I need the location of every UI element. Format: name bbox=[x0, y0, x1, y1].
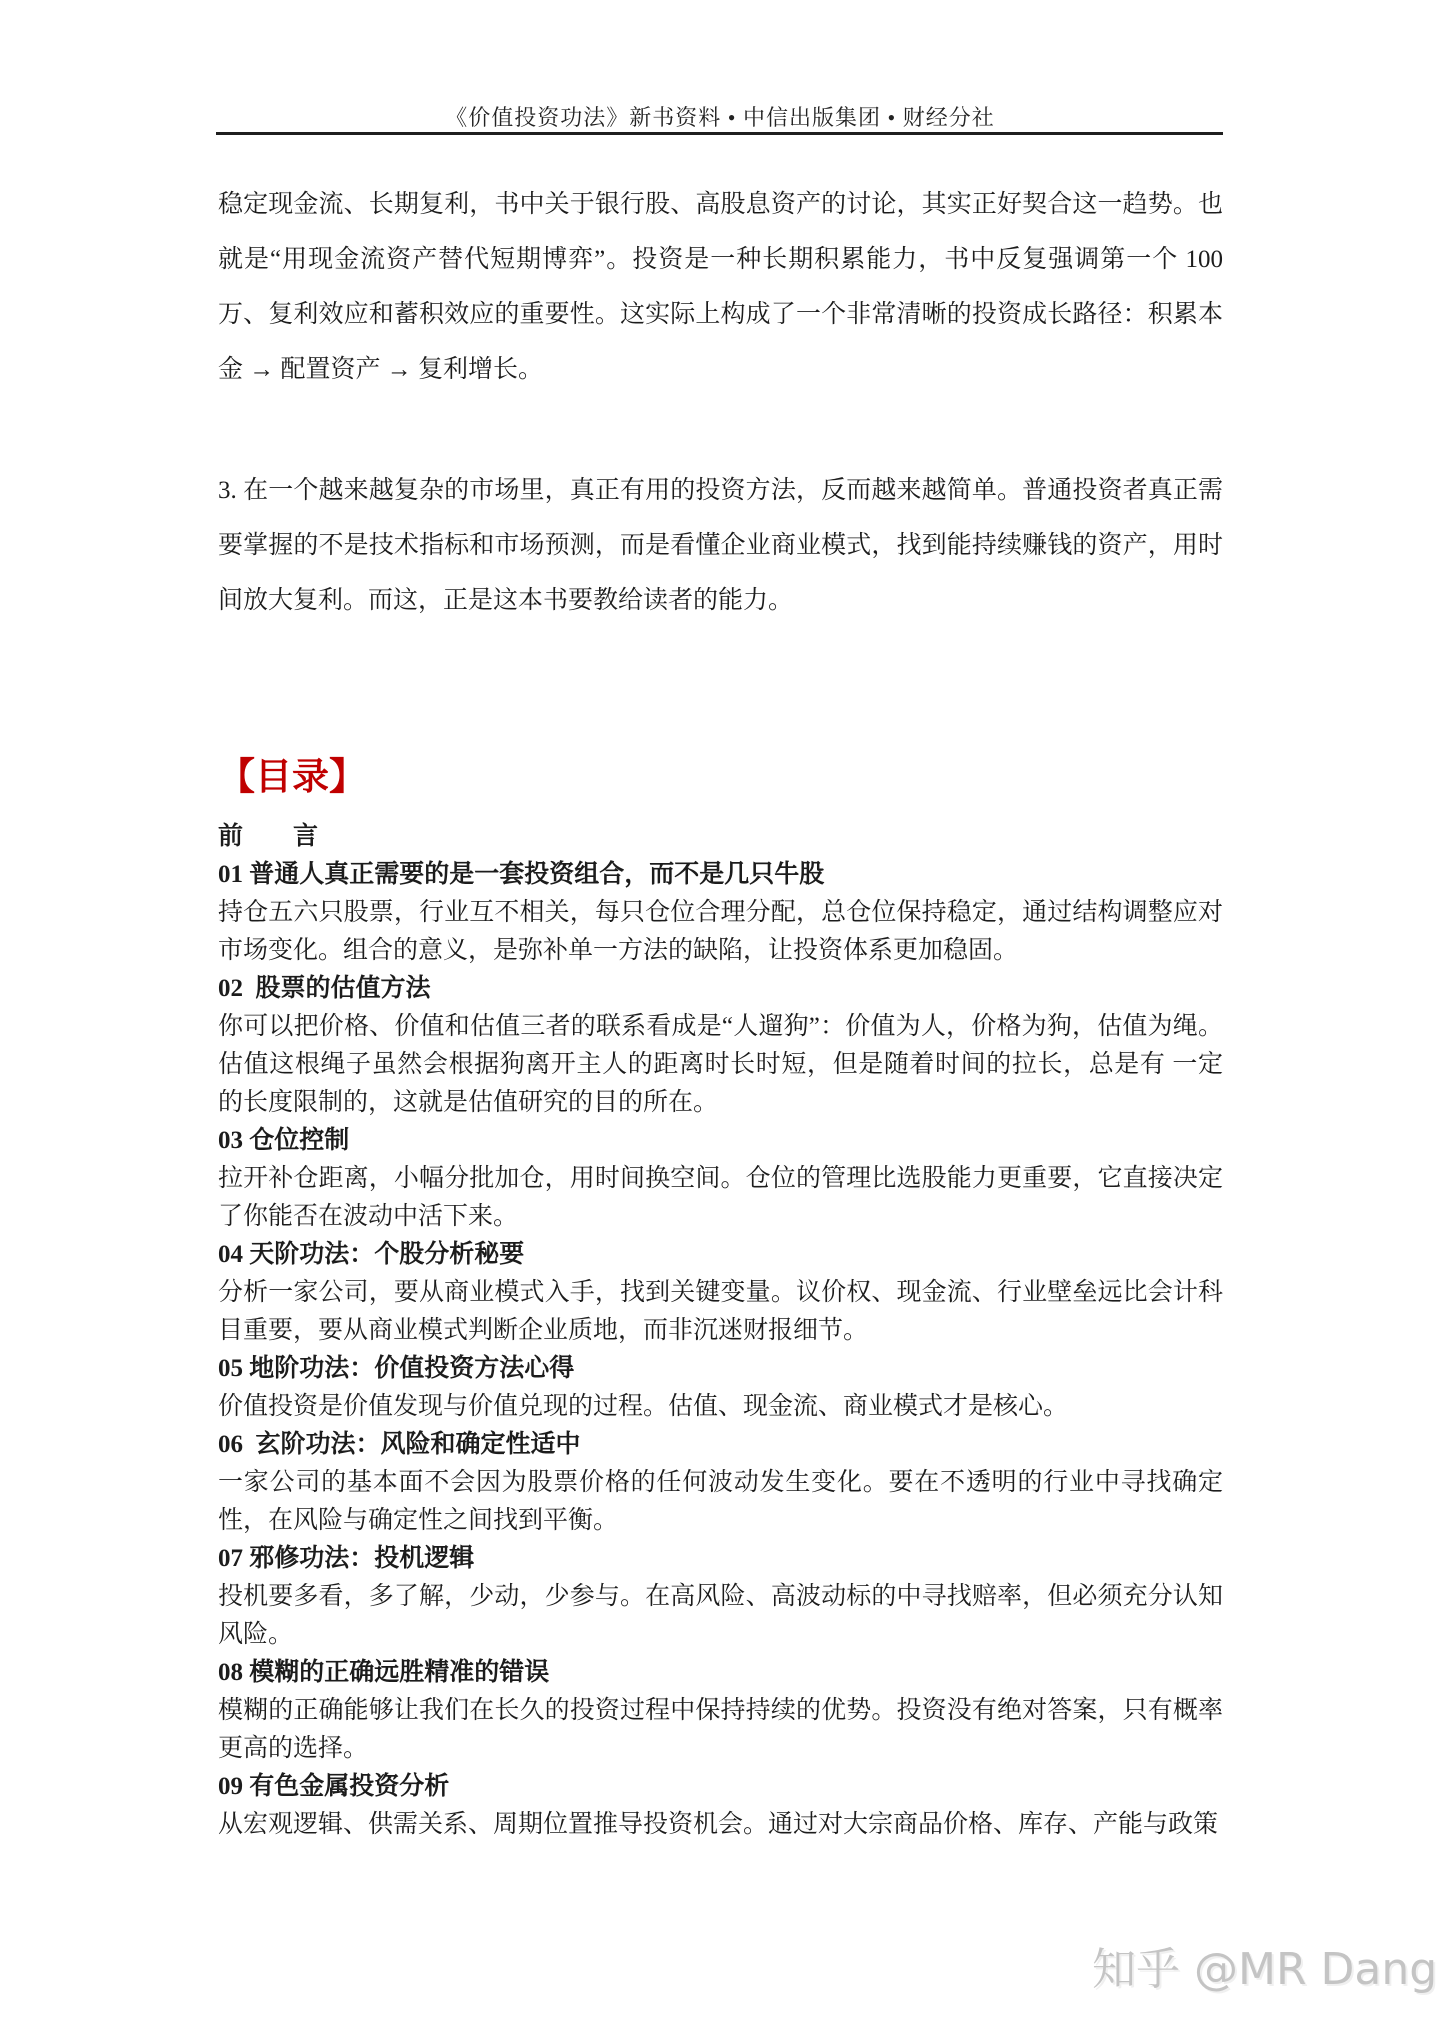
toc-entry-title: 06 玄阶功法：风险和确定性适中 bbox=[218, 1426, 1223, 1464]
toc-entry-title: 04 天阶功法：个股分析秘要 bbox=[218, 1236, 1223, 1274]
toc-entry-06: 06 玄阶功法：风险和确定性适中 一家公司的基本面不会因为股票价格的任何波动发生… bbox=[218, 1426, 1223, 1540]
toc-entry-07: 07 邪修功法：投机逻辑 投机要多看，多了解，少动，少参与。在高风险、高波动标的… bbox=[218, 1540, 1223, 1654]
page-header-title: 《价值投资功法》新书资料 • 中信出版集团 • 财经分社 bbox=[0, 101, 1440, 132]
toc-entry-desc: 你可以把价格、价值和估值三者的联系看成是“人遛狗”：价值为人，价格为狗，估值为绳… bbox=[218, 1008, 1223, 1122]
toc-entry-desc: 价值投资是价值发现与价值兑现的过程。估值、现金流、商业模式才是核心。 bbox=[218, 1388, 1223, 1426]
toc-entry-desc: 拉开补仓距离，小幅分批加仓，用时间换空间。仓位的管理比选股能力更重要，它直接决定… bbox=[218, 1160, 1223, 1236]
document-page: 《价值投资功法》新书资料 • 中信出版集团 • 财经分社 稳定现金流、长期复利，… bbox=[0, 0, 1440, 2037]
toc-entry-title: 01 普通人真正需要的是一套投资组合，而不是几只牛股 bbox=[218, 856, 1223, 894]
toc-entry-title: 09 有色金属投资分析 bbox=[218, 1768, 1223, 1806]
toc-entry-01: 01 普通人真正需要的是一套投资组合，而不是几只牛股 持仓五六只股票，行业互不相… bbox=[218, 856, 1223, 970]
toc-entry-title: 05 地阶功法：价值投资方法心得 bbox=[218, 1350, 1223, 1388]
toc-entry-04: 04 天阶功法：个股分析秘要 分析一家公司，要从商业模式入手，找到关键变量。议价… bbox=[218, 1236, 1223, 1350]
toc-entry-05: 05 地阶功法：价值投资方法心得 价值投资是价值发现与价值兑现的过程。估值、现金… bbox=[218, 1350, 1223, 1426]
toc-entry-title: 07 邪修功法：投机逻辑 bbox=[218, 1540, 1223, 1578]
toc-entry-desc: 一家公司的基本面不会因为股票价格的任何波动发生变化。要在不透明的行业中寻找确定性… bbox=[218, 1464, 1223, 1540]
zhihu-watermark: 知乎 @MR Dang bbox=[1092, 1946, 1437, 1994]
toc-entry-title: 08 模糊的正确远胜精准的错误 bbox=[218, 1654, 1223, 1692]
toc-entry-title: 02 股票的估值方法 bbox=[218, 970, 1223, 1008]
toc-entry-desc: 从宏观逻辑、供需关系、周期位置推导投资机会。通过对大宗商品价格、库存、产能与政策 bbox=[218, 1806, 1223, 1844]
toc-entry-desc: 投机要多看，多了解，少动，少参与。在高风险、高波动标的中寻找赔率，但必须充分认知… bbox=[218, 1578, 1223, 1654]
toc-entry-desc: 分析一家公司，要从商业模式入手，找到关键变量。议价权、现金流、行业壁垒远比会计科… bbox=[218, 1274, 1223, 1350]
body-paragraph-2: 3. 在一个越来越复杂的市场里，真正有用的投资方法，反而越来越简单。普通投资者真… bbox=[218, 463, 1223, 628]
toc-entry-09: 09 有色金属投资分析 从宏观逻辑、供需关系、周期位置推导投资机会。通过对大宗商… bbox=[218, 1768, 1223, 1844]
toc-entry-desc: 模糊的正确能够让我们在长久的投资过程中保持持续的优势。投资没有绝对答案，只有概率… bbox=[218, 1692, 1223, 1768]
toc-list: 前 言 01 普通人真正需要的是一套投资组合，而不是几只牛股 持仓五六只股票，行… bbox=[218, 818, 1223, 1844]
toc-entry-desc: 持仓五六只股票，行业互不相关，每只仓位合理分配，总仓位保持稳定，通过结构调整应对… bbox=[218, 894, 1223, 970]
toc-entry-08: 08 模糊的正确远胜精准的错误 模糊的正确能够让我们在长久的投资过程中保持持续的… bbox=[218, 1654, 1223, 1768]
toc-entry-02: 02 股票的估值方法 你可以把价格、价值和估值三者的联系看成是“人遛狗”：价值为… bbox=[218, 970, 1223, 1122]
toc-entry-03: 03 仓位控制 拉开补仓距离，小幅分批加仓，用时间换空间。仓位的管理比选股能力更… bbox=[218, 1122, 1223, 1236]
body-paragraph-1: 稳定现金流、长期复利，书中关于银行股、高股息资产的讨论，其实正好契合这一趋势。也… bbox=[218, 177, 1223, 397]
toc-entry-title: 前 言 bbox=[218, 818, 1223, 856]
header-divider bbox=[216, 132, 1223, 135]
toc-entry-title: 03 仓位控制 bbox=[218, 1122, 1223, 1160]
toc-heading: 【目录】 bbox=[218, 756, 366, 800]
toc-entry-preface: 前 言 bbox=[218, 818, 1223, 856]
